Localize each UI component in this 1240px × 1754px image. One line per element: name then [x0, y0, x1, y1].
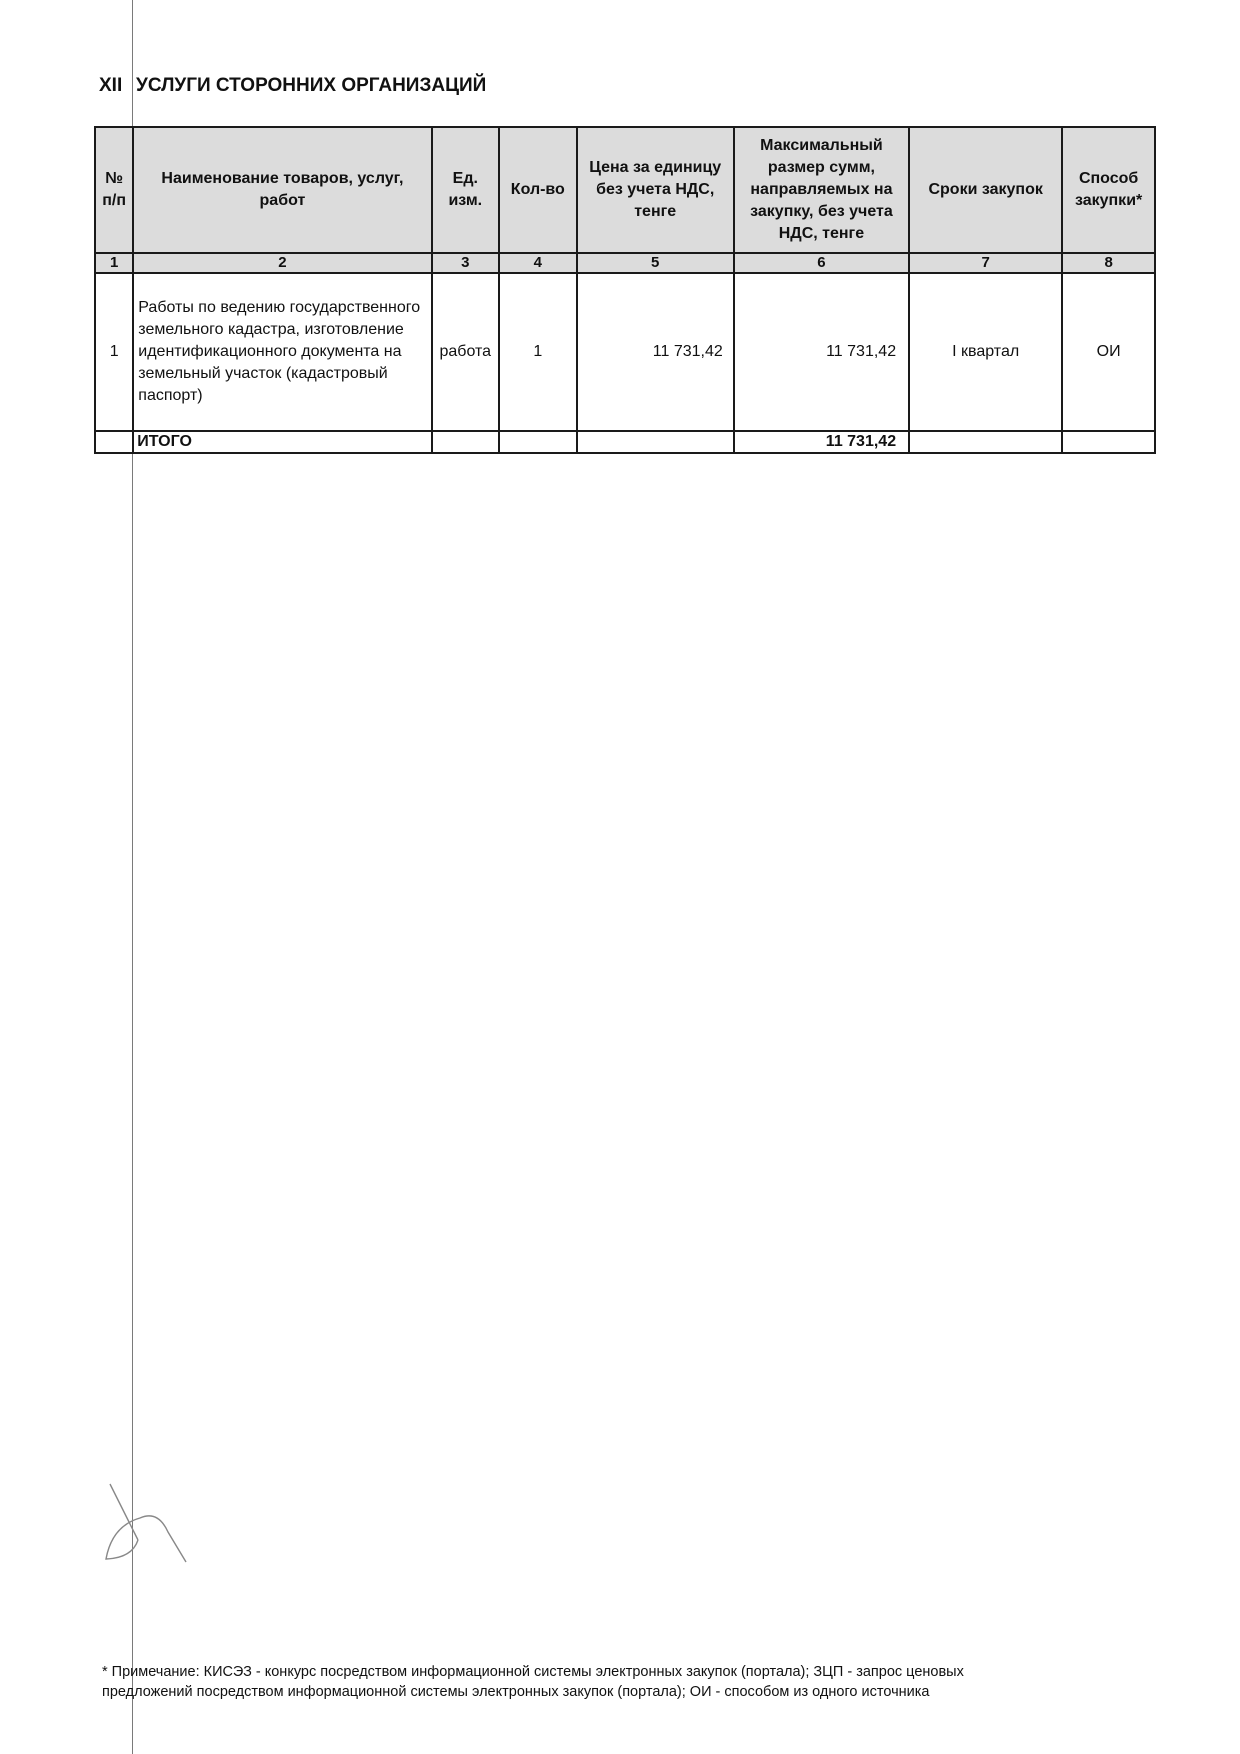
- row-max-sum: 11 731,42: [734, 273, 909, 431]
- header-unit: Ед. изм.: [432, 127, 500, 253]
- column-number: 3: [432, 253, 500, 273]
- row-unit: работа: [432, 273, 500, 431]
- column-number: 2: [133, 253, 431, 273]
- column-number: 8: [1062, 253, 1155, 273]
- row-period: I квартал: [909, 273, 1062, 431]
- total-max-sum: 11 731,42: [734, 431, 909, 453]
- header-price: Цена за единицу без учета НДС, тенге: [577, 127, 734, 253]
- column-number: 4: [499, 253, 577, 273]
- section-heading: XII УСЛУГИ СТОРОННИХ ОРГАНИЗАЦИЙ: [99, 75, 486, 97]
- column-number-row: 1 2 3 4 5 6 7 8: [95, 253, 1155, 273]
- header-method: Способ закупки*: [1062, 127, 1155, 253]
- footnote: * Примечание: КИСЭЗ - конкурс посредство…: [102, 1662, 1102, 1702]
- procurement-table: № п/п Наименование товаров, услуг, работ…: [94, 126, 1156, 454]
- table-row: 1 Работы по ведению государственного зем…: [95, 273, 1155, 431]
- header-period: Сроки закупок: [909, 127, 1062, 253]
- signature-mark: [100, 1462, 210, 1572]
- header-num: № п/п: [95, 127, 133, 253]
- section-number: XII: [99, 75, 136, 97]
- row-method: ОИ: [1062, 273, 1155, 431]
- total-label: ИТОГО: [133, 431, 431, 453]
- footnote-line-2: предложений посредством информационной с…: [102, 1682, 1102, 1702]
- total-empty: [499, 431, 577, 453]
- total-empty: [95, 431, 133, 453]
- total-empty: [432, 431, 500, 453]
- row-num: 1: [95, 273, 133, 431]
- section-title: УСЛУГИ СТОРОННИХ ОРГАНИЗАЦИЙ: [136, 75, 486, 97]
- column-number: 7: [909, 253, 1062, 273]
- header-qty: Кол-во: [499, 127, 577, 253]
- row-price: 11 731,42: [577, 273, 734, 431]
- total-row: ИТОГО 11 731,42: [95, 431, 1155, 453]
- total-empty: [577, 431, 734, 453]
- header-name: Наименование товаров, услуг, работ: [133, 127, 431, 253]
- table-header-row: № п/п Наименование товаров, услуг, работ…: [95, 127, 1155, 253]
- total-empty: [909, 431, 1062, 453]
- header-max-sum: Максимальный размер сумм, направляемых н…: [734, 127, 909, 253]
- total-empty: [1062, 431, 1155, 453]
- column-number: 5: [577, 253, 734, 273]
- column-number: 6: [734, 253, 909, 273]
- row-name: Работы по ведению государственного земел…: [133, 273, 431, 431]
- footnote-line-1: * Примечание: КИСЭЗ - конкурс посредство…: [102, 1662, 1102, 1682]
- column-number: 1: [95, 253, 133, 273]
- row-qty: 1: [499, 273, 577, 431]
